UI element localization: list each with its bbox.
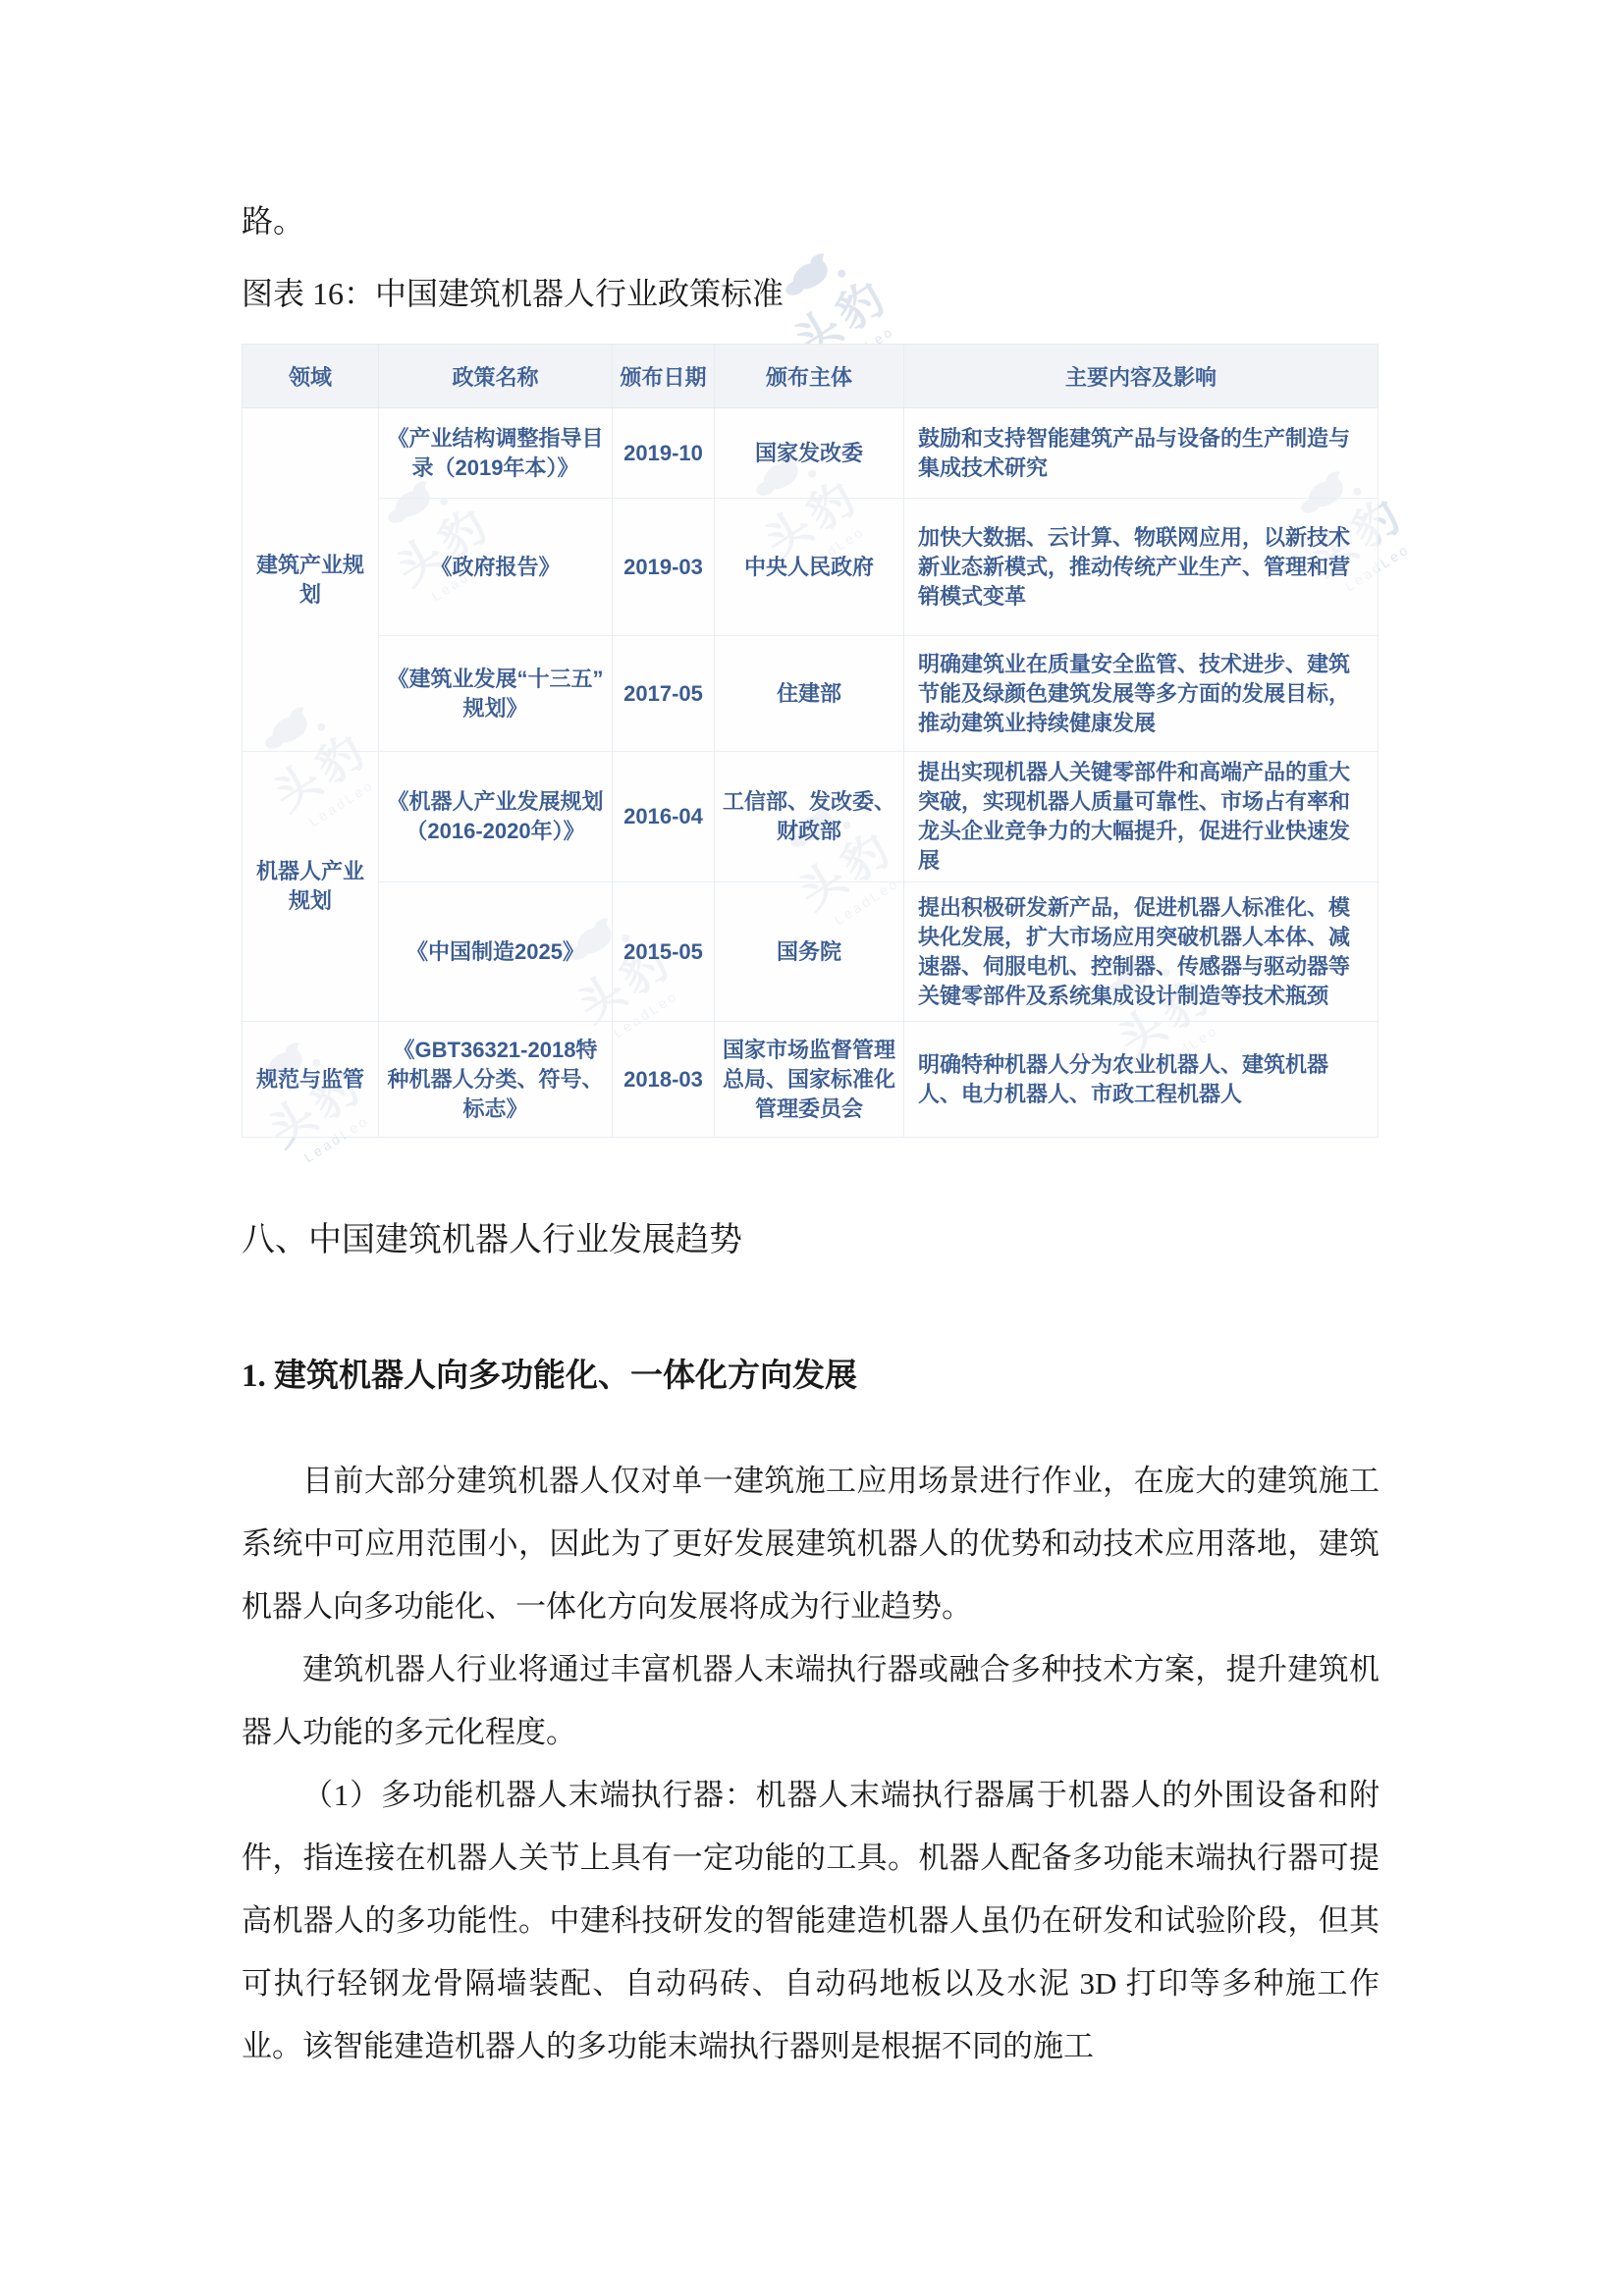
table-header-row: 领域 政策名称 颁布日期 颁布主体 主要内容及影响 — [243, 345, 1379, 408]
table-cell-issuer: 住建部 — [715, 636, 904, 752]
table-cell-area: 建筑产业规划 — [243, 408, 379, 752]
policy-table-container: 头豹 LeadLeo 头豹 LeadLeo 头豹 LeadLeo 头豹 Lead… — [242, 344, 1378, 1138]
table-cell-date: 2018-03 — [613, 1022, 715, 1138]
table-cell-issuer: 国家发改委 — [715, 408, 904, 499]
table-cell-policy: 《建筑业发展“十三五”规划》 — [379, 636, 613, 752]
column-header-policy: 政策名称 — [379, 345, 613, 408]
column-header-area: 领域 — [243, 345, 379, 408]
document-page: 路。 图表 16：中国建筑机器人行业政策标准 头豹 LeadLeo 头豹 Lea… — [0, 0, 1623, 2296]
table-cell-impact: 明确特种机器人分为农业机器人、建筑机器人、电力机器人、市政工程机器人 — [904, 1022, 1379, 1138]
table-cell-date: 2015-05 — [613, 882, 715, 1022]
column-header-impact: 主要内容及影响 — [904, 345, 1379, 408]
table-cell-area: 机器人产业规划 — [243, 752, 379, 1022]
table-cell-date: 2016-04 — [613, 752, 715, 882]
column-header-issuer: 颁布主体 — [715, 345, 904, 408]
table-cell-date: 2019-10 — [613, 408, 715, 499]
table-cell-date: 2019-03 — [613, 499, 715, 636]
table-row: 规范与监管《GBT36321-2018特种机器人分类、符号、标志》2018-03… — [243, 1022, 1379, 1138]
table-cell-issuer: 工信部、发改委、财政部 — [715, 752, 904, 882]
paragraph: 目前大部分建筑机器人仅对单一建筑施工应用场景进行作业，在庞大的建筑施工系统中可应… — [242, 1450, 1380, 1638]
table-cell-issuer: 国家市场监督管理总局、国家标准化管理委员会 — [715, 1022, 904, 1138]
table-row: 《中国制造2025》2015-05国务院提出积极研发新产品，促进机器人标准化、模… — [243, 882, 1379, 1022]
table-row: 机器人产业规划《机器人产业发展规划（2016-2020年）》2016-04工信部… — [243, 752, 1379, 882]
table-row: 建筑产业规划《产业结构调整指导目录（2019年本）》2019-10国家发改委鼓励… — [243, 408, 1379, 499]
paragraph: （1）多功能机器人末端执行器：机器人末端执行器属于机器人的外围设备和附件，指连接… — [242, 1764, 1380, 2078]
section-heading: 八、中国建筑机器人行业发展趋势 — [242, 1218, 1380, 1263]
table-cell-area: 规范与监管 — [243, 1022, 379, 1138]
paragraph: 建筑机器人行业将通过丰富机器人末端执行器或融合多种技术方案，提升建筑机器人功能的… — [242, 1638, 1380, 1764]
table-cell-policy: 《政府报告》 — [379, 499, 613, 636]
table-row: 《建筑业发展“十三五”规划》2017-05住建部明确建筑业在质量安全监管、技术进… — [243, 636, 1379, 752]
body-text-block: 目前大部分建筑机器人仅对单一建筑施工应用场景进行作业，在庞大的建筑施工系统中可应… — [242, 1450, 1380, 2078]
table-cell-policy: 《GBT36321-2018特种机器人分类、符号、标志》 — [379, 1022, 613, 1138]
sub-heading: 1. 建筑机器人向多功能化、一体化方向发展 — [242, 1354, 1380, 1399]
table-row: 《政府报告》2019-03中央人民政府加快大数据、云计算、物联网应用，以新技术新… — [243, 499, 1379, 636]
table-cell-policy: 《机器人产业发展规划（2016-2020年）》 — [379, 752, 613, 882]
table-cell-impact: 明确建筑业在质量安全监管、技术进步、建筑节能及绿颜色建筑发展等多方面的发展目标，… — [904, 636, 1379, 752]
table-cell-date: 2017-05 — [613, 636, 715, 752]
table-cell-impact: 鼓励和支持智能建筑产品与设备的生产制造与集成技术研究 — [904, 408, 1379, 499]
body-text-fragment: 路。 — [242, 198, 1380, 243]
table-cell-impact: 提出实现机器人关键零部件和高端产品的重大突破，实现机器人质量可靠性、市场占有率和… — [904, 752, 1379, 882]
figure-title: 图表 16：中国建筑机器人行业政策标准 — [242, 271, 1380, 316]
table-cell-issuer: 国务院 — [715, 882, 904, 1022]
column-header-date: 颁布日期 — [613, 345, 715, 408]
table-cell-policy: 《中国制造2025》 — [379, 882, 613, 1022]
policy-table: 领域 政策名称 颁布日期 颁布主体 主要内容及影响 建筑产业规划《产业结构调整指… — [242, 344, 1379, 1138]
table-cell-issuer: 中央人民政府 — [715, 499, 904, 636]
table-cell-impact: 加快大数据、云计算、物联网应用，以新技术新业态新模式，推动传统产业生产、管理和营… — [904, 499, 1379, 636]
table-cell-policy: 《产业结构调整指导目录（2019年本）》 — [379, 408, 613, 499]
table-cell-impact: 提出积极研发新产品，促进机器人标准化、模块化发展，扩大市场应用突破机器人本体、减… — [904, 882, 1379, 1022]
